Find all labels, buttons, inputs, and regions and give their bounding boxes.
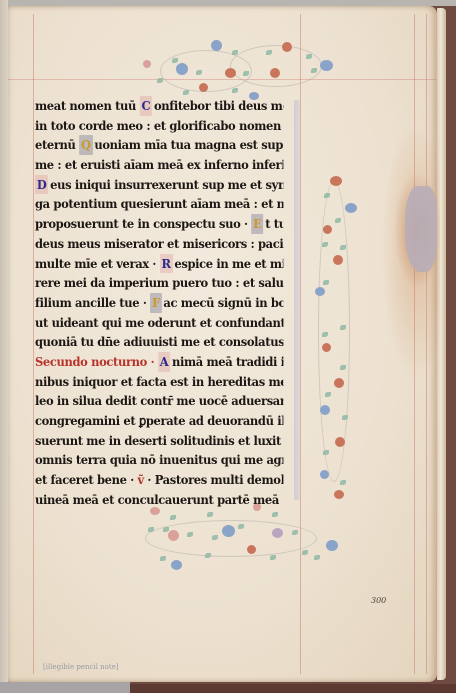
flower-icon [171, 560, 182, 570]
paper-repair-patch [405, 186, 437, 272]
leaf-icon [238, 524, 244, 529]
text-line: congregamini et ꝑperate ad deuorandū ill… [35, 411, 283, 431]
decorated-initial: R [160, 254, 173, 274]
leaf-icon [187, 532, 193, 537]
leaf-icon [148, 527, 154, 532]
leaf-icon [340, 480, 346, 485]
text-line: proposuerunt te in conspectu suo · Et tu… [35, 214, 283, 234]
folio-number: 300 [371, 596, 386, 605]
leaf-icon [196, 70, 202, 75]
leaf-icon [212, 535, 218, 540]
flower-icon [247, 545, 256, 554]
flower-icon [176, 63, 188, 75]
text-line: quoniā tu dn̄e adiuuisti me et consolatu… [35, 332, 283, 352]
margin-pencil-note: [illegible pencil note] [43, 663, 119, 671]
leaf-icon [325, 392, 331, 397]
binding-gutter [0, 0, 8, 693]
text-line: Deus iniqui insurrexerunt sup me et syna… [35, 175, 283, 195]
flower-icon [199, 83, 208, 92]
leaf-icon [340, 245, 346, 250]
leaf-icon [292, 530, 298, 535]
flower-icon [333, 255, 343, 265]
flower-icon [320, 60, 333, 71]
flower-icon [322, 343, 331, 352]
leaf-icon [340, 325, 346, 330]
leaf-icon [205, 553, 211, 558]
vine [318, 180, 350, 482]
leaf-icon [170, 515, 176, 520]
leaf-icon [266, 50, 272, 55]
flower-icon [335, 437, 345, 447]
leaf-icon [306, 54, 312, 59]
leaf-icon [311, 68, 317, 73]
text-line: leo in silua dedit contr̄ me uocē aduers… [35, 391, 283, 411]
flower-icon [326, 540, 338, 551]
leaf-icon [314, 555, 320, 560]
flower-icon [222, 525, 235, 537]
rubric: Secundo nocturno · [35, 354, 158, 369]
leaf-icon [342, 415, 348, 420]
text-line: rere mei da imperium puero tuo : et salu… [35, 273, 283, 293]
decorated-initial: E [251, 214, 263, 234]
flower-icon [270, 68, 280, 78]
flower-icon [315, 287, 325, 296]
leaf-icon [183, 90, 189, 95]
text-line: me : et eruisti aīam meā ex inferno infe… [35, 155, 283, 175]
text-line: meat nomen tuū Confitebor tibi deus meus [35, 96, 283, 116]
flower-icon [282, 42, 292, 52]
flower-icon [272, 528, 283, 538]
flower-icon [320, 470, 329, 479]
leaf-icon [232, 88, 238, 93]
text-line: et faceret bene · ṽ · Pastores multi dem… [35, 470, 283, 490]
text-line: filium ancille tue · Fac mecū signū in b… [35, 293, 283, 313]
leaf-icon [232, 50, 238, 55]
leaf-icon [270, 555, 276, 560]
text-line: uineā meā et conculcauerunt partē meā · … [35, 490, 283, 510]
leaf-icon [335, 218, 341, 223]
leaf-icon [340, 365, 346, 370]
leaf-icon [302, 550, 308, 555]
leaf-icon [322, 332, 328, 337]
flower-icon [330, 176, 342, 186]
leaf-icon [172, 58, 178, 63]
decorated-initial: Q [79, 135, 92, 155]
decorated-initial: C [140, 96, 152, 116]
flower-icon [345, 203, 357, 213]
leaf-icon [272, 512, 278, 517]
text-line: ga potentium quesierunt aīam meā : et no… [35, 194, 283, 214]
leaf-icon [157, 78, 163, 83]
leaf-icon [322, 242, 328, 247]
background-bottom-left [0, 682, 130, 693]
decorated-initial: A [158, 352, 170, 372]
text-line: omnis terra quia nō inuenitus qui me agn… [35, 450, 283, 470]
text-line: in toto corde meo : et glorificabo nomen… [35, 116, 283, 136]
text-line: multe mīe et verax · Respice in me et mi… [35, 254, 283, 274]
flower-icon [168, 530, 179, 541]
text-line: Secundo nocturno · Animā meā tradidi in … [35, 352, 283, 372]
leaf-icon [163, 527, 169, 532]
leaf-icon [160, 556, 166, 561]
flower-icon [334, 378, 344, 388]
text-line: eternū Quoniam mīa tua magna est super [35, 135, 283, 155]
manuscript-text-block: meat nomen tuū Confitebor tibi deus meus… [35, 96, 305, 509]
leaf-icon [323, 450, 329, 455]
text-line: ut uideant qui me oderunt et confundantu… [35, 313, 283, 333]
decorated-initial: D [35, 175, 48, 195]
leaf-icon [243, 71, 249, 76]
flower-icon [143, 60, 151, 68]
leaf-icon [323, 280, 329, 285]
flower-icon [211, 40, 222, 51]
text-line: nibus iniquor et facta est in hereditas … [35, 372, 283, 392]
flower-icon [323, 225, 332, 234]
text-line: deus meus miserator et misericors : paci… [35, 234, 283, 254]
ruling-left [33, 14, 34, 674]
text-line: suerunt me in deserti solitudinis et lux… [35, 431, 283, 451]
flower-icon [320, 405, 330, 415]
leaf-icon [207, 512, 213, 517]
flower-icon [225, 68, 236, 78]
vine [230, 45, 322, 87]
leaf-icon [324, 193, 330, 198]
decorated-initial: F [150, 293, 161, 313]
flower-icon [334, 490, 344, 499]
